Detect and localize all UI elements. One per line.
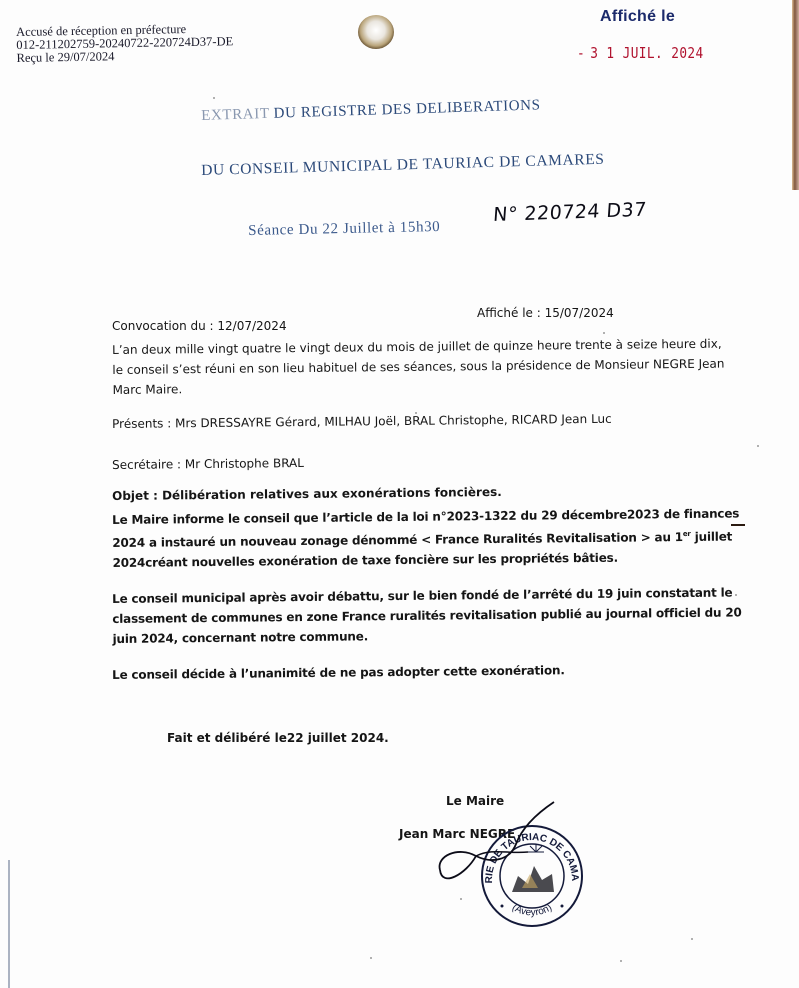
mayor-signature [436, 800, 576, 910]
convocation-date: Convocation du : 12/07/2024 [112, 319, 287, 333]
council-paragraph: Le conseil municipal après avoir débattu… [112, 582, 742, 649]
paper-edge-shadow [792, 0, 799, 190]
secretary: Secrétaire : Mr Christophe BRAL [112, 453, 304, 475]
paper-edge-shadow-left [8, 860, 10, 988]
paper-speck [620, 960, 622, 962]
paper-speck [757, 445, 759, 447]
prefecture-receipt: Accusé de réception en préfecture 012-21… [16, 22, 234, 65]
law-paragraph: Le Maire informe le conseil que l’articl… [112, 503, 740, 573]
stray-ink-mark [731, 524, 745, 526]
posted-stamp-label: Affiché le [600, 8, 675, 26]
subject-label: Objet : [112, 488, 162, 503]
punch-hole-icon [358, 15, 394, 49]
document-title-line-1: EXTRAIT DU REGISTRE DES DELIBERATIONS [201, 97, 541, 125]
done-and-deliberated: Fait et délibéré le22 juillet 2024. [167, 731, 389, 745]
law-line-end: juillet [691, 530, 733, 544]
paper-speck [735, 594, 737, 596]
attendees: Présents : Mrs DRESSAYRE Gérard, MILHAU … [112, 409, 612, 434]
paper-speck [460, 898, 462, 900]
title-faded-part: EXTRAIT [201, 106, 274, 124]
paper-speck [213, 97, 215, 99]
subject: Objet : Délibération relatives aux exoné… [112, 482, 502, 506]
paper-speck [370, 957, 372, 959]
paper-speck [603, 332, 605, 334]
subject-text: Délibération relatives aux exonérations … [162, 485, 502, 503]
posted-stamp-date: -3 1 JUIL. 2024 [577, 44, 704, 62]
paper-speck [415, 412, 417, 414]
paper-speck [452, 110, 454, 112]
posted-date: Affiché le : 15/07/2024 [477, 306, 614, 320]
stamp-dash: - [577, 44, 585, 62]
session-date: Séance Du 22 Juillet à 15h30 [248, 219, 441, 240]
deliberation-number: N° 220724 D37 [492, 199, 647, 226]
decision: Le conseil décide à l’unanimité de ne pa… [112, 660, 565, 685]
paper-speck [691, 938, 693, 940]
title-main-part: DU REGISTRE DES DELIBERATIONS [273, 97, 540, 121]
document-title-line-2: DU CONSEIL MUNICIPAL DE TAURIAC DE CAMAR… [201, 151, 605, 180]
receipt-line-3: Reçu le 29/07/2024 [16, 48, 233, 65]
stamp-date-text: 3 1 JUIL. 2024 [590, 44, 703, 62]
intro-paragraph: L’an deux mille vingt quatre le vingt de… [112, 334, 725, 400]
